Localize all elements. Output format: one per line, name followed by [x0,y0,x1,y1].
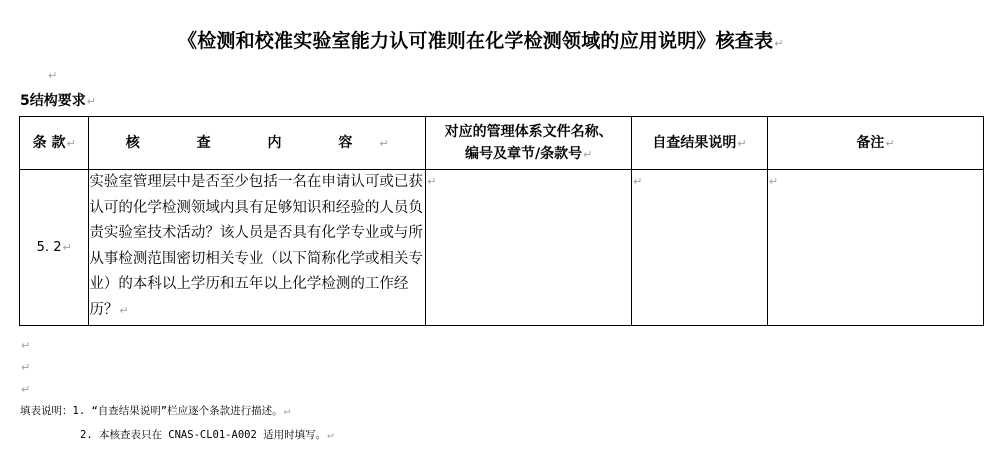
clause-cell[interactable]: 5. 2↵ [20,170,89,326]
section-heading: 5结构要求↵ [20,90,96,110]
empty-paragraph: ↵ [20,334,30,353]
empty-paragraph: ↵ [20,378,30,397]
header-clause: 条 款↵ [20,117,89,170]
paragraph-mark-icon: ↵ [327,428,334,441]
table-header-row: 条 款↵ 核 查 内 容↵ 对应的管理体系文件名称、编号及章节/条款号↵ 自查结… [20,117,984,170]
self-check-cell[interactable]: ↵ [632,170,768,326]
paragraph-mark-icon: ↵ [583,148,592,161]
header-doc-reference: 对应的管理体系文件名称、编号及章节/条款号↵ [426,117,632,170]
header-self-check: 自查结果说明↵ [632,117,768,170]
paragraph-mark-icon: ↵ [21,339,30,352]
fill-note-1: 填表说明：1. “自查结果说明”栏应逐个条款进行描述。↵ [20,403,290,418]
fill-note-2: 2. 本核查表只在 CNAS-CL01-A002 适用时填写。↵ [80,427,334,442]
paragraph-mark-icon: ↵ [885,137,894,150]
paragraph-mark-icon: ↵ [21,383,30,396]
paragraph-mark-icon: ↵ [87,95,96,108]
paragraph-mark-icon: ↵ [427,175,436,188]
doc-reference-cell[interactable]: ↵ [426,170,632,326]
checklist-table: 条 款↵ 核 查 内 容↵ 对应的管理体系文件名称、编号及章节/条款号↵ 自查结… [19,116,984,326]
document-title: 《检测和校准实验室能力认可准则在化学检测领域的应用说明》核查表↵ [178,26,784,53]
paragraph-mark-icon: ↵ [119,304,128,317]
paragraph-mark-icon: ↵ [379,137,388,150]
paragraph-mark-icon: ↵ [769,175,778,188]
paragraph-mark-icon: ↵ [48,69,57,82]
header-content: 核 查 内 容↵ [89,117,426,170]
paragraph-mark-icon: ↵ [284,404,291,417]
paragraph-mark-icon: ↵ [633,175,642,188]
table-row: 5. 2↵ 实验室管理层中是否至少包括一名在申请认可或已获认可的化学检测领域内具… [20,170,984,326]
content-cell[interactable]: 实验室管理层中是否至少包括一名在申请认可或已获认可的化学检测领域内具有足够知识和… [89,170,426,326]
empty-paragraph: ↵ [20,356,30,375]
paragraph-mark-icon: ↵ [737,137,746,150]
empty-paragraph: ↵ [47,64,57,83]
header-remarks: 备注↵ [767,117,983,170]
paragraph-mark-icon: ↵ [67,137,76,150]
paragraph-mark-icon: ↵ [774,37,783,50]
paragraph-mark-icon: ↵ [62,241,71,254]
remarks-cell[interactable]: ↵ [767,170,983,326]
paragraph-mark-icon: ↵ [21,361,30,374]
